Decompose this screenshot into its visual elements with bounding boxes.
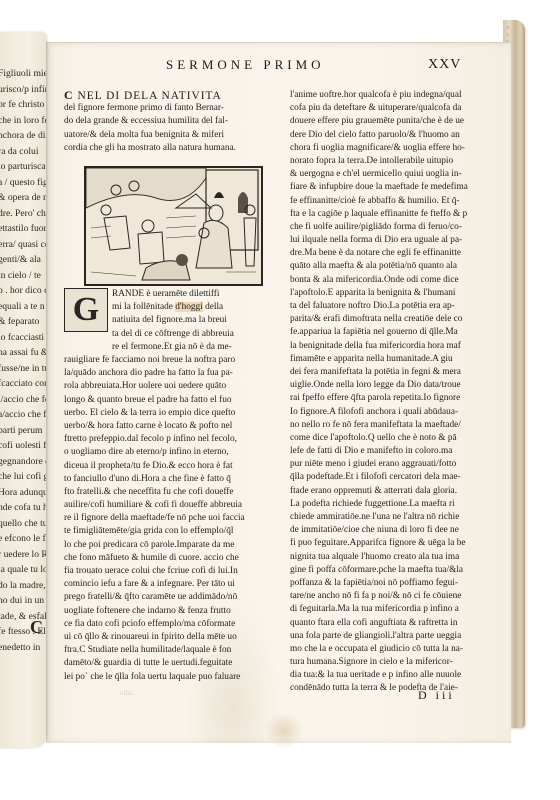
text-line: fia trouato uerace colui che fcriue cofi… — [64, 565, 284, 578]
text-line: la quale tu lo — [0, 562, 46, 578]
text-line: rola abbreuiata.Hor uolere uoi uedere qu… — [64, 380, 284, 393]
text-line: na assai fu & — [0, 345, 46, 361]
text-line: lefe de fatti di Dio e manifefto in colo… — [290, 445, 512, 458]
text-line: parita/& erafi dimoftrata nella creatiōe… — [290, 313, 512, 326]
text-line: fto fratelli.& che neceffita fu che cofi… — [64, 486, 284, 499]
text-line: poffanza & la fapiētia/noi nō poffiamo f… — [290, 577, 512, 590]
heading-line: uatore/& dela molta fua benignita & mife… — [64, 129, 282, 142]
text-line: pur niēte meno i giudei erano aggrauati/… — [290, 458, 512, 471]
text-line: dia tua:& la tua ueritade e p infino all… — [290, 669, 512, 682]
indented-lines: RANDE è ueramēte dilettiffi mi la follēn… — [112, 288, 282, 354]
text-line: ta del di ce cōftrenge di abbreuia — [112, 328, 282, 341]
text-line: ta del faluatore noftro Dio.La potētia e… — [290, 300, 512, 313]
text-line: una fola parte de gliangioli.l'altra par… — [290, 630, 512, 643]
text-line: no dui in un — [0, 593, 46, 609]
text-line: erra/ quasi co — [0, 237, 46, 253]
text-line: to fanciullo d'uno di.Hora a che fine è … — [64, 473, 284, 486]
text-line: cofi uolesti fa — [0, 438, 46, 454]
verso-text: Figliuoli mieurisco/p infinor fe christo… — [0, 66, 46, 655]
text-line: i/accio che fo — [0, 392, 46, 408]
text-line: quello che tu — [0, 516, 46, 532]
text-line: uerbo. El cielo & la terra io empio dice… — [64, 407, 284, 420]
text-line: & uergogna e ch'el uermicello quiui uogl… — [290, 168, 512, 181]
folio-number: XXV — [428, 57, 461, 73]
text-line: tura humana.Signore in cielo e la miferi… — [290, 656, 512, 669]
text-line: o . hor dico ch — [0, 283, 46, 299]
text-line: che lui cofi g — [0, 469, 46, 485]
text-line: l'apoftolo.E apparita la benignita & l'h… — [290, 287, 512, 300]
text-line: ftade erano oppremuti & atterrati dala g… — [290, 485, 512, 498]
heading-text: NEL DI DELA NATIVITA — [78, 90, 222, 102]
text-line: che fi uolfe auilire/pigliādo forma di f… — [290, 221, 512, 234]
text-line: la benignitade della fua mifericordia ho… — [290, 340, 512, 353]
text-line: damēto/& guardia di tutte le uertudi.feg… — [64, 657, 284, 670]
text-line: fe effinanitte/cioè fe abbaffo & humilio… — [290, 195, 512, 208]
heading-line: del fignore fermone primo di fanto Berna… — [64, 102, 282, 115]
text-line: nignita tua alquale l'huomo creato ala t… — [290, 551, 512, 564]
text-line: Figliuoli mie — [0, 66, 46, 82]
text-line: Io fignore.A filofofi anchora i quali ab… — [290, 406, 512, 419]
text-line: natiuita del fignore.ma la breui — [112, 314, 282, 327]
text-line: nde cofa tu h — [0, 500, 46, 516]
text-line: fimamēte e apparita nella humanitade.A g… — [290, 353, 512, 366]
text-line: gine fi poffa cōformare.pche la maefta t… — [290, 564, 512, 577]
text-line: chiede ammiratiōe.ne l'una ne l'altra nō… — [290, 511, 512, 524]
text-line: fusse/ne in tu — [0, 361, 46, 377]
text-line: lo che poi predicara cō parole.Imparate … — [64, 539, 284, 552]
text-line: re il fignore della maeftade/fe nō pche … — [64, 512, 284, 525]
signature-mark: D iii — [418, 688, 455, 703]
text-line: lo parturisca — [0, 159, 46, 175]
text-line: ce fia dato cofi pciofo effemplo/ma cōfo… — [64, 618, 284, 631]
text-line: prego fratelli/& q̄fto caramēte ue addim… — [64, 591, 284, 604]
text-line: o uogliamo dire ab eterno/p infino in et… — [64, 446, 284, 459]
text-line: comincio iefu a fare & a infegnare. Per … — [64, 578, 284, 591]
text-line: fi puo feguitare.Apparifca fignore & uēg… — [290, 537, 512, 550]
text-line: a/accio che fe — [0, 407, 46, 423]
text-line: ra da colui — [0, 144, 46, 160]
text-line: rauigliare fe facciamo noi breue la noft… — [64, 354, 284, 367]
text-line: fe.appariua la fapiētia nel gouerno di q… — [290, 326, 512, 339]
text-line: fta e la cagiōe p laquale effinanitte fe… — [290, 208, 512, 221]
recto-page: SERMONE PRIMO XXV C NEL DI DELA NATIVITA… — [46, 42, 511, 743]
text-line: dre. Pero' che — [0, 206, 46, 222]
text-line: dei fera manifeftata la potētia in fegni… — [290, 366, 512, 379]
text-line: uerbo/& hora fatto carne è locato & poft… — [64, 420, 284, 433]
highlighted-word: d'hoggi — [175, 302, 203, 312]
text-line: ftretto prefeppio.dal fecolo p infino ne… — [64, 433, 284, 446]
heading-line: do dela grande & eccessiua humilita del … — [64, 115, 282, 128]
decorated-initial: G — [64, 288, 108, 332]
woodcut-illustration — [84, 166, 263, 286]
text-line: dere Dio del cielo fatto paruolo/& l'huo… — [290, 129, 512, 142]
text-line: diceua il propheta/tu fe Dio.& ecco hora… — [64, 460, 284, 473]
text-line: fiare & infupbire doue la maeftade fe me… — [290, 181, 512, 194]
text-line: genti/& ala — [0, 252, 46, 268]
text-line: longo & quanto breue el padre ha fatto e… — [64, 394, 284, 407]
sermon-heading: C NEL DI DELA NATIVITA — [64, 89, 282, 102]
heading-line: cordia che gli ha mostrato alla natura h… — [64, 142, 282, 155]
text-line: lui ilquale nella forma di Dio era ugual… — [290, 234, 512, 247]
text-line: ettastilo fuori — [0, 221, 46, 237]
text-line: uiglie.Onde nella loro legge da Dio data… — [290, 379, 512, 392]
text-line: gegnandore d — [0, 454, 46, 470]
text-line: condēnādo tutta la terra & le podefta de… — [290, 682, 512, 695]
text-line: r uedere lo R — [0, 547, 46, 563]
text-line: come dice l'apoftolo.Q uello che è noto … — [290, 432, 512, 445]
text-line: uogliate foftenere che indarno & fenza f… — [64, 605, 284, 618]
text-line: norato fopra la terra.De intollerabile u… — [290, 155, 512, 168]
text-line: urisco/p infin — [0, 82, 46, 98]
text-line: bonta & ala mifericordia.Onde odi come d… — [290, 274, 512, 287]
right-column: l'anime uoftre.hor qualcofa è piu indegn… — [290, 89, 512, 696]
body-text: rauigliare fe facciamo noi breue la noft… — [64, 354, 284, 684]
text-line: nchora de dir — [0, 128, 46, 144]
text-line: enedetto in — [0, 640, 46, 656]
text-line: chora fi uoglia magnificare/& uoglia eff… — [290, 142, 512, 155]
text-line: a / questo figlu — [0, 175, 46, 191]
text-line: Hora adunque — [0, 485, 46, 501]
text-line: & feparato — [0, 314, 46, 330]
text-line: la/quādo anchora dio padre ha fatto la f… — [64, 367, 284, 380]
text-line: La podefta richiede fuggettione.La maeft… — [290, 498, 512, 511]
text-line: quāto alla maefta & ala potētia/nō quant… — [290, 260, 512, 273]
text-line: lo fcacciasti — [0, 330, 46, 346]
text-line: q̄lla podeftade.Et i filofofi cercatori … — [290, 471, 512, 484]
adoration-of-magi-icon — [86, 168, 261, 284]
marginal-note: ollsc.. — [120, 689, 137, 697]
text-line: dre.Ma bene è da notare che egli fe effi… — [290, 247, 512, 260]
text-line: di feguitarla.Ma la tua mifericordia p i… — [290, 603, 512, 616]
text-line: cofa piu da deteftare & uituperare/qualc… — [290, 102, 512, 115]
text-line: e efcono le fi — [0, 531, 46, 547]
text-line: lei po` che le q̄lla fola uertu laquale … — [64, 671, 284, 684]
text-line: auilire/cofi humiliare & cofi fi doueffe… — [64, 499, 284, 512]
book-photograph: SERMONE PRIMO XXV C NEL DI DELA NATIVITA… — [0, 0, 560, 800]
text-line: mi la follēnitade d'hoggi della — [112, 301, 282, 314]
text-line: de immitatiōe/cioe che niuna di loro fi … — [290, 524, 512, 537]
text-line: mo che la e occupata el giudicio cō tutt… — [290, 643, 512, 656]
running-title: SERMONE PRIMO — [166, 57, 325, 73]
text-line: RANDE è ueramēte dilettiffi — [112, 288, 282, 301]
text-line: re el fermone.Et gia nō è da me- — [112, 341, 282, 354]
text-line: fcacciato con — [0, 376, 46, 392]
text-line: ui cō q̄llo & rinouareui in fpirito dell… — [64, 631, 284, 644]
text-line: rai fpeffo effere q̄fta parola repetita.… — [290, 392, 512, 405]
left-column: C NEL DI DELA NATIVITA del fignore fermo… — [64, 89, 282, 155]
text-line: te fimigliātemēte/gia grida con lo effem… — [64, 525, 284, 538]
text-line: & opera de m — [0, 190, 46, 206]
running-head: SERMONE PRIMO XXV — [166, 57, 536, 75]
text-line: l'anime uoftre.hor qualcofa è piu indegn… — [290, 89, 512, 102]
text-line: equali a te n — [0, 299, 46, 315]
text-line: parti perum — [0, 423, 46, 439]
verso-page: Figliuoli mieurisco/p infinor fe christo… — [0, 32, 46, 748]
text-line: douere effere piu grauemēte punita/che è… — [290, 115, 512, 128]
text-line: ftra.C Studiate nella humilitade/laquale… — [64, 644, 284, 657]
text-line: che in loro fe — [0, 113, 46, 129]
paragraph-mark-icon: C — [30, 617, 43, 638]
text-line: in cielo / te — [0, 268, 46, 284]
text-line: no nello ro fe nō fera manifeftata la ma… — [290, 419, 512, 432]
text-line: che fono māfueto & humile di cuore. acci… — [64, 552, 284, 565]
text-line: quanto ftara ella cofi anguftiata & raft… — [290, 617, 512, 630]
text-line: or fe christo pa — [0, 97, 46, 113]
paragraph-mark-icon: C — [64, 89, 74, 102]
text-line: tare/ne ancho nō fi fa p noi/& nō ci fe … — [290, 590, 512, 603]
text-line: do la madre, — [0, 578, 46, 594]
foxing-stain — [264, 713, 304, 749]
